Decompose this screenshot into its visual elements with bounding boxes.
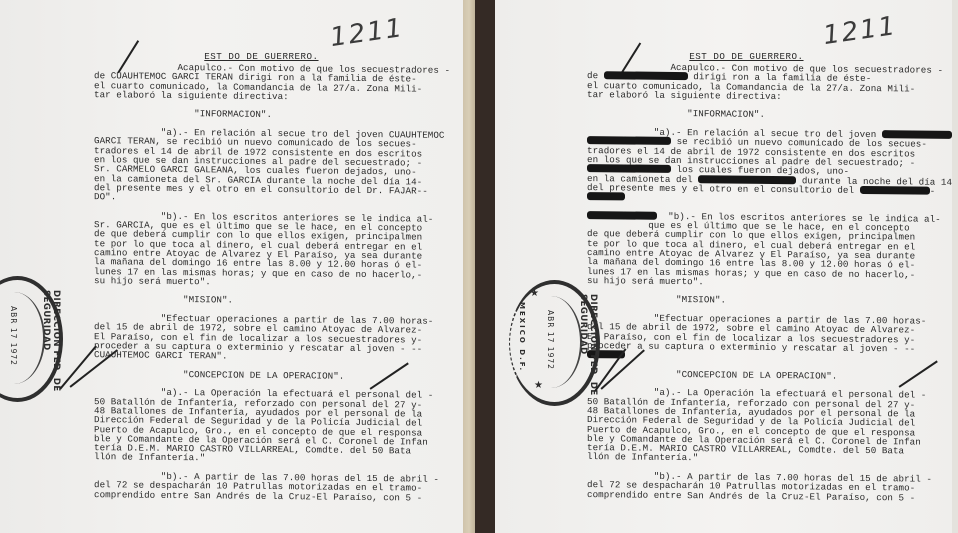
stamp-arc-text: DIRECCION FED. DE SEGURIDAD (578, 294, 598, 402)
archive-stamp: DIRECCION FED. DE SEGURIDAD ABR 17 1972 … (509, 280, 600, 406)
para-op-b-line: comprendido entre San Andrés de la Cruz-… (587, 490, 958, 503)
page-edge (463, 0, 475, 533)
document-page-original: 1211 EST DO DE GUERRERO. Acapulco.- Con … (0, 0, 463, 533)
document-page-redacted: 1211 EST DO DE GUERRERO. Acapulco.- Con … (495, 0, 958, 533)
redaction-bar (587, 136, 671, 145)
stamp-date: ABR 17 1972 (546, 310, 555, 370)
pen-mark (59, 345, 96, 389)
heading-text: EST DO DE GUERRERO. (689, 51, 803, 62)
stamp-side-text: MEXICO D.F. (518, 302, 526, 372)
folio-number: 1211 (328, 13, 406, 53)
document-body: Acapulco.- Con motivo de que los secuest… (587, 64, 958, 501)
redaction-bar (604, 72, 688, 81)
redaction-bar (587, 164, 671, 173)
stamp-arc-text: DIRECCION FED. DE SEGURIDAD (41, 290, 61, 398)
stamp-inner-ring (0, 292, 45, 384)
star-icon: ★ (534, 380, 543, 391)
star-icon: ★ (530, 288, 539, 299)
document-body: Acapulco.- Con motivo de que los secuest… (94, 64, 450, 501)
folio-number: 1211 (821, 11, 899, 51)
archive-stamp: DIRECCION FED. DE SEGURIDAD ABR 17 1972 … (0, 276, 63, 402)
page-edge (952, 0, 958, 533)
stamp-date: ABR 17 1972 (9, 306, 18, 366)
heading-text: EST DO DE GUERRERO. (204, 51, 318, 62)
redaction-bar (587, 192, 625, 200)
page-divider (475, 0, 495, 533)
redaction-bar (860, 186, 930, 195)
para-op-b-line: comprendido entre San Andrés de la Cruz-… (94, 490, 450, 503)
